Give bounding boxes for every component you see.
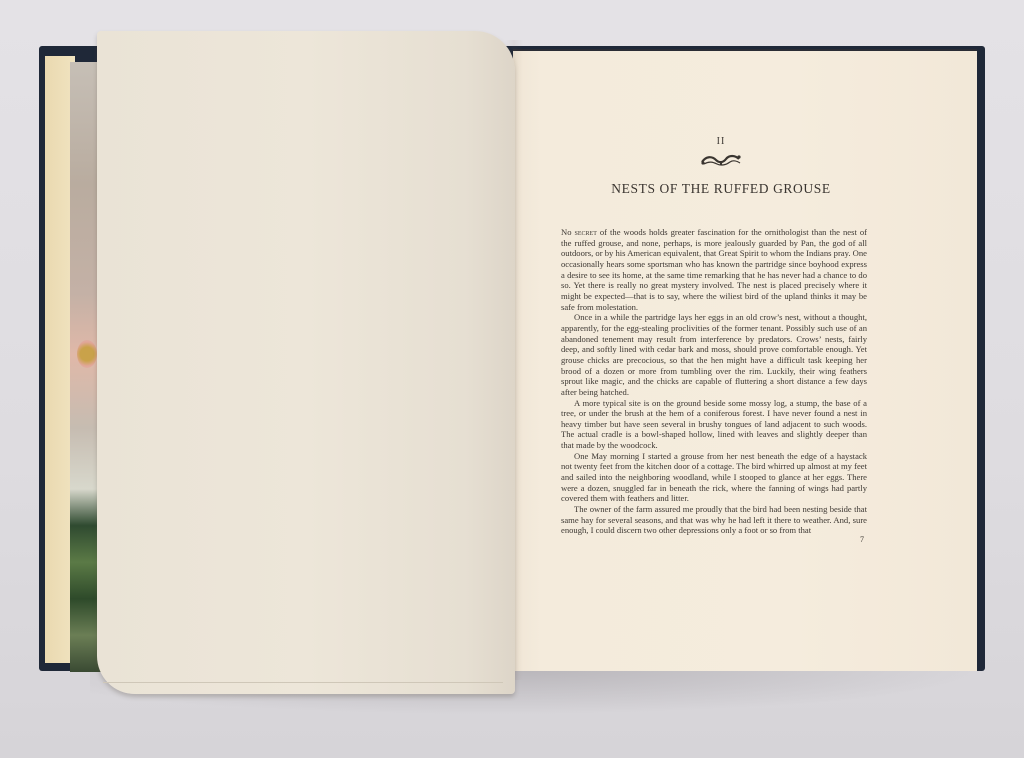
chapter-number: II <box>575 136 867 147</box>
page-edges <box>103 672 503 683</box>
page-number: 7 <box>860 535 864 544</box>
first-smallcaps: secret <box>575 227 597 237</box>
chapter-body: No secret of the woods holds greater fas… <box>561 227 867 536</box>
paragraph-1: No secret of the woods holds greater fas… <box>561 227 867 312</box>
paragraph-4: One May morning I started a grouse from … <box>561 451 867 504</box>
paragraph-3: A more typical site is on the ground bes… <box>561 398 867 451</box>
scroll-ornament-icon <box>700 153 742 167</box>
paragraph-1-text: of the woods holds greater fascination f… <box>561 227 867 312</box>
paragraph-2: Once in a while the partridge lays her e… <box>561 312 867 397</box>
paragraph-5: The owner of the farm assured me proudly… <box>561 504 867 536</box>
first-word: No <box>561 227 572 237</box>
page-text-block: II NESTS OF THE RUFFED GROUSE No secret … <box>561 136 867 536</box>
plate-stain <box>77 340 97 368</box>
left-page-blank[interactable] <box>97 31 515 694</box>
chapter-title: NESTS OF THE RUFFED GROUSE <box>575 181 867 197</box>
